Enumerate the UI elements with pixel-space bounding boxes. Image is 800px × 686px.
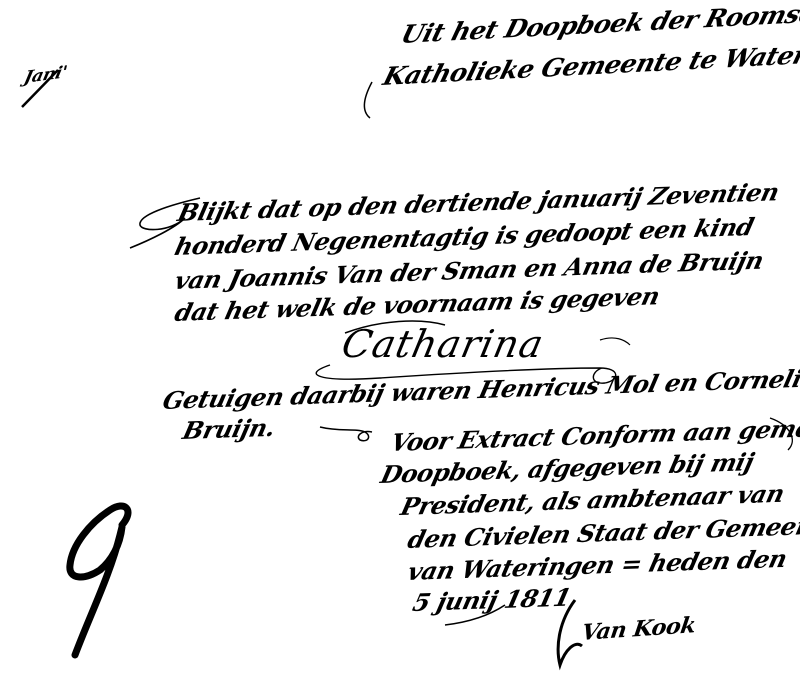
heading-line-1: Uit het Doopboek der Roomsche bbox=[398, 0, 800, 49]
witnesses-line-1: Getuigen daarbij waren Henricus Mol en C… bbox=[160, 362, 800, 415]
margin-note: Jani' bbox=[22, 63, 69, 88]
signature: Van Kook bbox=[580, 612, 697, 646]
document-page: Jani' Uit het Doopboek der Roomsche Kath… bbox=[0, 0, 800, 686]
child-name: Catharina bbox=[338, 322, 548, 366]
attestation-line-6: 5 junij 1811 bbox=[410, 583, 574, 617]
page-number-nine bbox=[40, 495, 150, 675]
witnesses-line-2: Bruijn. bbox=[180, 413, 278, 445]
